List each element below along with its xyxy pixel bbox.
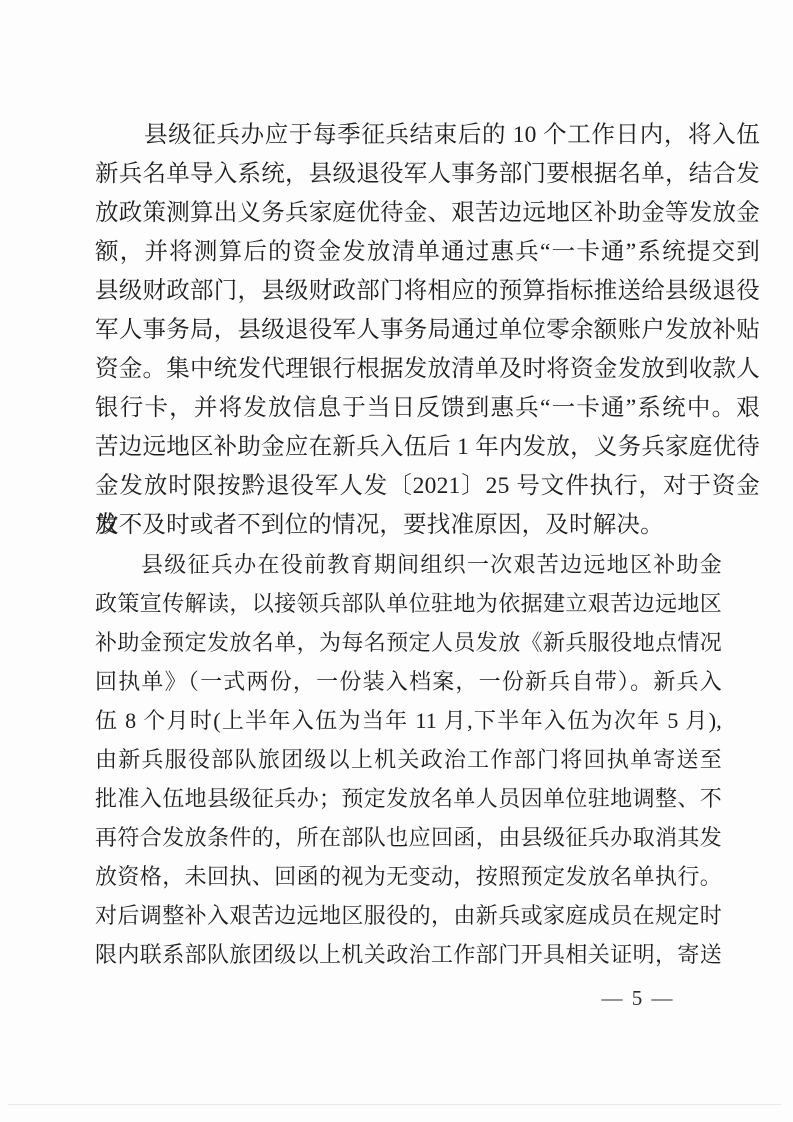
text-line: 额，并将测算后的资金发放清单通过惠兵“一卡通”系统提交到 — [95, 233, 760, 272]
text-line: 限内联系部队旅团级以上机关政治工作部门开具相关证明，寄送 — [95, 935, 722, 974]
paragraph-1: 县级征兵办应于每季征兵结束后的 10 个工作日内，将入伍 新兵名单导入系统，县级… — [95, 116, 760, 545]
text-line: 新兵名单导入系统，县级退役军人事务部门要根据名单，结合发 — [95, 155, 760, 194]
text-line: 放资格，未回执、回函的视为无变动，按照预定发放名单执行。 — [95, 857, 722, 896]
text-line: 对后调整补入艰苦边远地区服役的，由新兵或家庭成员在规定时 — [95, 896, 722, 935]
text-line: 资金。集中统发代理银行根据发放清单及时将资金发放到收款人 — [95, 350, 760, 389]
document-page: 县级征兵办应于每季征兵结束后的 10 个工作日内，将入伍 新兵名单导入系统，县级… — [0, 0, 793, 1122]
text-line: 政策宣传解读，以接领兵部队单位驻地为依据建立艰苦边远地区 — [95, 584, 722, 623]
text-line: 军人事务局，县级退役军人事务局通过单位零余额账户发放补贴 — [95, 311, 760, 350]
scan-edge-shadow — [8, 1104, 781, 1105]
text-line: 银行卡，并将发放信息于当日反馈到惠兵“一卡通”系统中。艰 — [95, 389, 760, 428]
text-line: 由新兵服役部队旅团级以上机关政治工作部门将回执单寄送至 — [95, 740, 722, 779]
text-line: 再符合发放条件的，所在部队也应回函，由县级征兵办取消其发 — [95, 818, 722, 857]
text-line: 补助金预定发放名单，为每名预定人员发放《新兵服役地点情况 — [95, 623, 722, 662]
document-body: 县级征兵办应于每季征兵结束后的 10 个工作日内，将入伍 新兵名单导入系统，县级… — [95, 116, 760, 974]
text-line: 放不及时或者不到位的情况，要找准原因，及时解决。 — [95, 506, 760, 545]
paragraph-2: 县级征兵办在役前教育期间组织一次艰苦边远地区补助金 政策宣传解读，以接领兵部队单… — [95, 545, 760, 974]
text-line: 金发放时限按黔退役军人发〔2021〕25 号文件执行，对于资金发 — [95, 467, 760, 506]
text-line: 回执单》（一式两份，一份装入档案，一份新兵自带）。新兵入 — [95, 662, 722, 701]
text-line: 苦边远地区补助金应在新兵入伍后 1 年内发放，义务兵家庭优待 — [95, 428, 760, 467]
text-line: 县级征兵办在役前教育期间组织一次艰苦边远地区补助金 — [95, 545, 722, 584]
text-line: 伍 8 个月时(上半年入伍为当年 11 月,下半年入伍为次年 5 月), — [95, 701, 722, 740]
text-line: 县级财政部门，县级财政部门将相应的预算指标推送给县级退役 — [95, 272, 760, 311]
text-line: 批准入伍地县级征兵办；预定发放名单人员因单位驻地调整、不 — [95, 779, 722, 818]
text-line: 县级征兵办应于每季征兵结束后的 10 个工作日内，将入伍 — [95, 116, 760, 155]
text-line: 放政策测算出义务兵家庭优待金、艰苦边远地区补助金等发放金 — [95, 194, 760, 233]
page-number: — 5 — — [583, 984, 693, 1012]
